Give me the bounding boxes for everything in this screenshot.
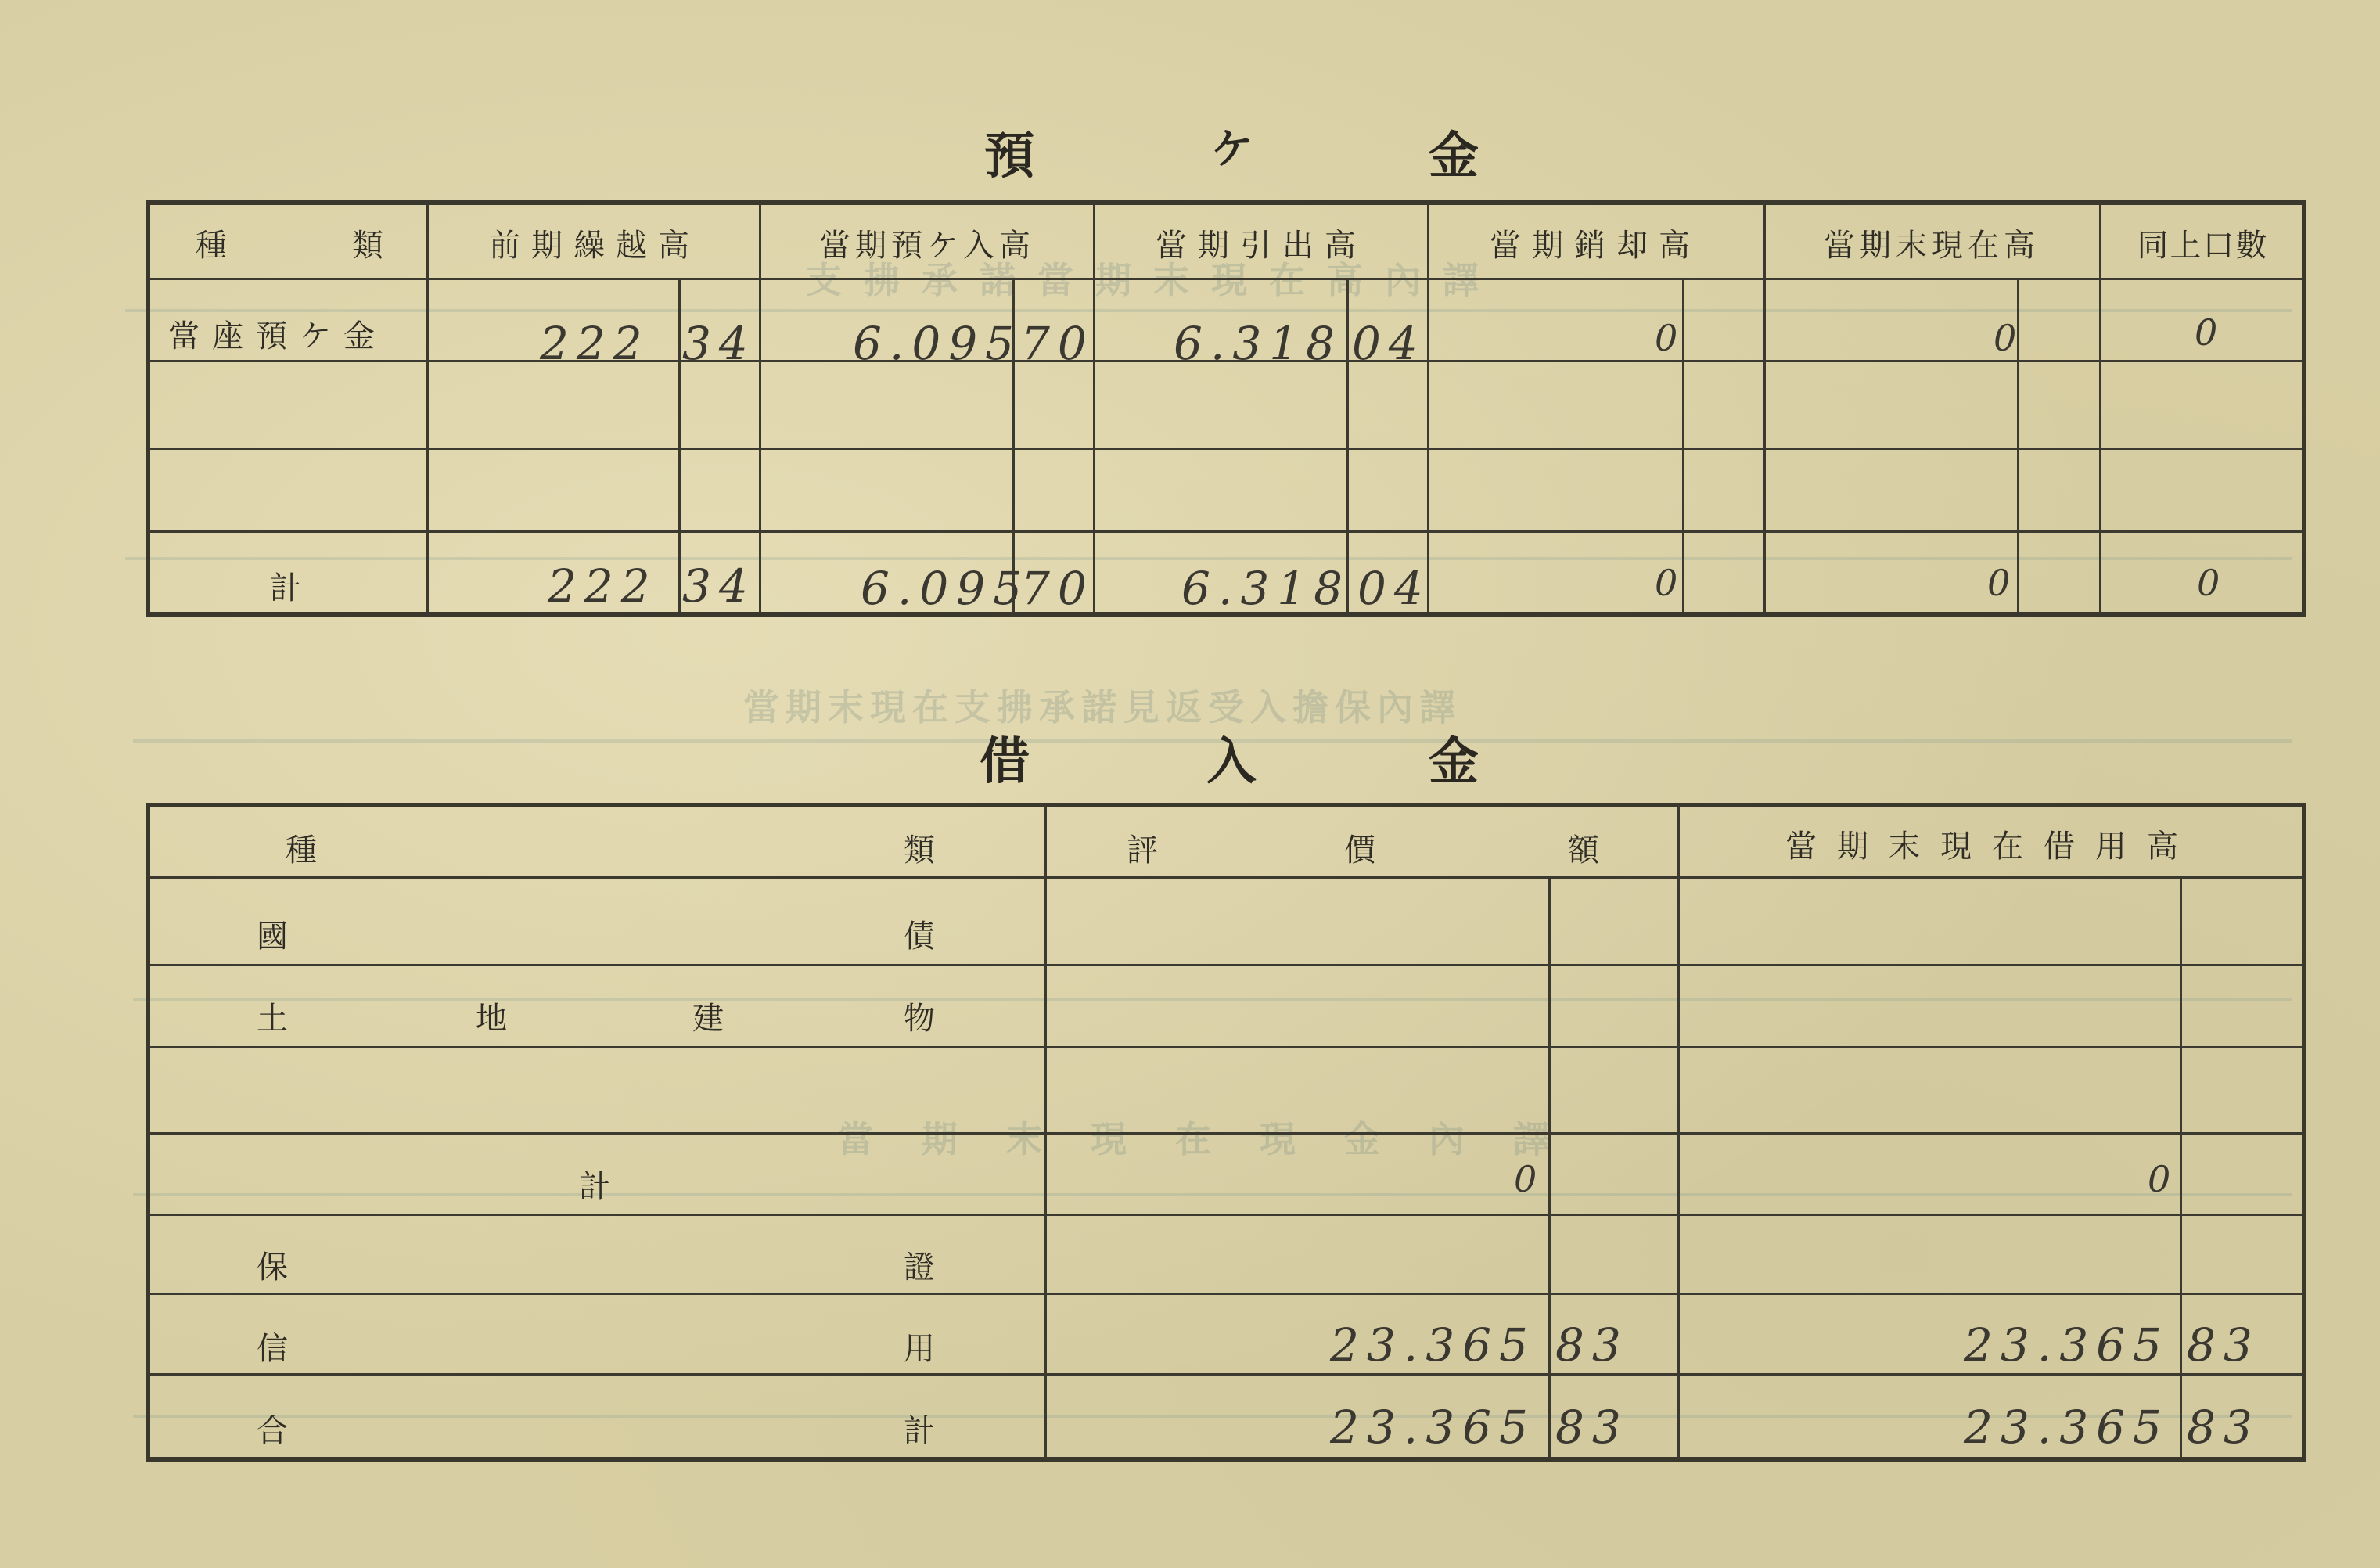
total-prev-carryover-sen: 34 xyxy=(682,559,756,613)
row-label-char: 證 xyxy=(904,1243,935,1287)
total-withdrawals-yen: 6.318 xyxy=(1181,562,1350,615)
column-divider xyxy=(1093,203,1095,613)
deposits-title-char: ケ xyxy=(1211,116,1253,176)
row-label-char: 用 xyxy=(904,1324,935,1368)
row-label-char: 計 xyxy=(904,1406,935,1451)
column-divider xyxy=(426,203,429,613)
header-rule xyxy=(150,278,2302,280)
row-label-char: 保 xyxy=(257,1243,288,1287)
grand-total-valuation-sen: 83 xyxy=(1555,1401,1629,1454)
row-label-char: 地 xyxy=(476,994,507,1038)
withdrawals-yen: 6.318 xyxy=(1174,317,1343,370)
row-rule xyxy=(150,530,2302,533)
total-ending-balance-yen: 0 xyxy=(1987,562,2018,604)
header-type-right: 類 xyxy=(904,825,935,870)
bleed-through-text: 當期末現在支拂承諾見返受入擔保內譯 xyxy=(743,679,1461,731)
row-rule xyxy=(150,1373,2302,1376)
borrowings-title-char: 入 xyxy=(1206,721,1257,793)
row-label-current-deposits: 當座預ケ金 xyxy=(168,311,387,356)
row-rule xyxy=(150,1132,2302,1135)
header-account-count: 同上口數 xyxy=(2103,221,2303,265)
deposits-title-char: 金 xyxy=(1429,116,1479,188)
column-divider xyxy=(2099,203,2101,613)
credit-valuation-sen: 83 xyxy=(1555,1318,1629,1372)
header-ending-borrowed: 當期末現在借用高 xyxy=(1682,822,2302,866)
withdrawals-sen: 04 xyxy=(1352,317,1425,370)
prev-carryover-sen: 34 xyxy=(682,317,756,370)
deposits-title-char: 預 xyxy=(984,116,1034,188)
row-rule xyxy=(150,1046,2302,1048)
header-valuation-char: 評 xyxy=(1127,825,1158,870)
grand-total-ending-yen: 23.365 xyxy=(1964,1401,2170,1454)
total-prev-carryover-yen: 222 xyxy=(548,559,658,613)
row-rule xyxy=(150,964,2302,966)
credit-ending-sen: 83 xyxy=(2187,1318,2260,1372)
total-deposits-in-sen: 70 xyxy=(1021,562,1095,615)
header-type: 種 類 xyxy=(156,221,422,265)
row-rule xyxy=(150,448,2302,450)
header-written-off: 當期銷却高 xyxy=(1431,221,1760,265)
header-withdrawals: 當期引出高 xyxy=(1097,221,1425,265)
header-rule xyxy=(150,876,2302,879)
subtotal-ending-yen: 0 xyxy=(2148,1158,2178,1200)
deposits-in-sen: 70 xyxy=(1021,317,1095,370)
account-count: 0 xyxy=(2195,311,2225,354)
row-label-char: 土 xyxy=(257,994,288,1038)
column-divider xyxy=(759,203,761,613)
row-label-char: 合 xyxy=(257,1406,288,1451)
header-type-left: 種 xyxy=(286,825,317,870)
row-label-char: 信 xyxy=(257,1324,288,1368)
ending-balance-yen: 0 xyxy=(1994,317,2024,359)
prev-carryover-yen: 222 xyxy=(540,317,650,370)
grand-total-ending-sen: 83 xyxy=(2187,1401,2260,1454)
header-deposits-in: 當期預ケ入高 xyxy=(763,221,1091,265)
column-divider xyxy=(1763,203,1766,613)
header-ending-balance: 當期末現在高 xyxy=(1767,221,2096,265)
borrowings-title-char: 金 xyxy=(1429,721,1479,793)
total-deposits-in-yen: 6.095 xyxy=(861,562,1030,615)
row-label-char: 國 xyxy=(257,912,288,956)
total-written-off-yen: 0 xyxy=(1655,562,1685,604)
column-divider xyxy=(1427,203,1429,613)
header-valuation-char: 價 xyxy=(1344,825,1375,870)
credit-valuation-yen: 23.365 xyxy=(1330,1318,1536,1372)
total-withdrawals-sen: 04 xyxy=(1357,562,1431,615)
written-off-yen: 0 xyxy=(1655,317,1685,359)
borrowings-title-char: 借 xyxy=(980,721,1030,793)
grand-total-valuation-yen: 23.365 xyxy=(1330,1401,1536,1454)
row-rule xyxy=(150,1214,2302,1216)
subtotal-valuation-yen: 0 xyxy=(1514,1158,1544,1200)
subtotal-label: 計 xyxy=(579,1162,610,1207)
sen-divider xyxy=(678,279,681,613)
total-account-count: 0 xyxy=(2197,562,2227,604)
row-label-char: 建 xyxy=(692,994,724,1038)
header-prev-carryover: 前期繰越高 xyxy=(430,221,759,265)
row-rule xyxy=(150,1293,2302,1295)
deposits-in-yen: 6.095 xyxy=(853,317,1022,370)
total-label: 計 xyxy=(270,563,301,608)
row-label-char: 物 xyxy=(904,994,935,1038)
header-valuation-char: 額 xyxy=(1568,825,1599,870)
row-label-char: 債 xyxy=(904,912,935,956)
credit-ending-yen: 23.365 xyxy=(1964,1318,2170,1372)
